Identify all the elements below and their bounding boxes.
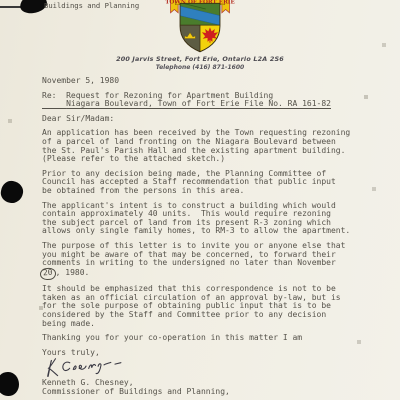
paragraph-purpose: The purpose of this letter is to invite … xyxy=(42,242,364,279)
deadline-year: , 1980. xyxy=(56,268,90,277)
paragraph-application: An application has been received by the … xyxy=(42,129,364,163)
signer-title: Commissioner of Buildings and Planning, xyxy=(42,388,230,397)
hole-punch-bottom xyxy=(0,372,19,396)
closing-thanks: Thanking you for your co-operation in th… xyxy=(42,334,364,343)
circled-deadline-day: 20 xyxy=(40,267,56,280)
letter-body: November 5, 1980 Re: Request for Rezonin… xyxy=(42,77,364,363)
department-name: Buildings and Planning xyxy=(44,2,139,11)
town-crest: TOWN OF FORT ERIE xyxy=(162,0,238,62)
scanned-letter-page: Buildings and Planning TOWN OF FORT ERIE xyxy=(0,0,400,400)
paragraph-committee: Prior to any decision being made, the Pl… xyxy=(42,170,364,196)
paragraph-purpose-text: The purpose of this letter is to invite … xyxy=(42,241,345,267)
paragraph-intent: The applicant's intent is to construct a… xyxy=(42,202,364,236)
paragraph-disclaimer: It should be emphasized that this corres… xyxy=(42,285,364,328)
salutation: Dear Sir/Madam: xyxy=(42,115,364,124)
letterhead-address: 200 Jarvis Street, Fort Erie, Ontario L2… xyxy=(0,55,400,63)
handwritten-signature xyxy=(40,350,150,380)
letterhead-telephone: Telephone (416) 871-1600 xyxy=(0,64,400,71)
subject-line-2: Niagara Boulevard, Town of Fort Erie Fil… xyxy=(42,99,331,108)
letter-date: November 5, 1980 xyxy=(42,77,364,86)
hole-punch-middle xyxy=(0,179,25,204)
subject-block: Re: Request for Rezoning for Apartment B… xyxy=(42,92,364,109)
scan-noise xyxy=(0,0,2,2)
